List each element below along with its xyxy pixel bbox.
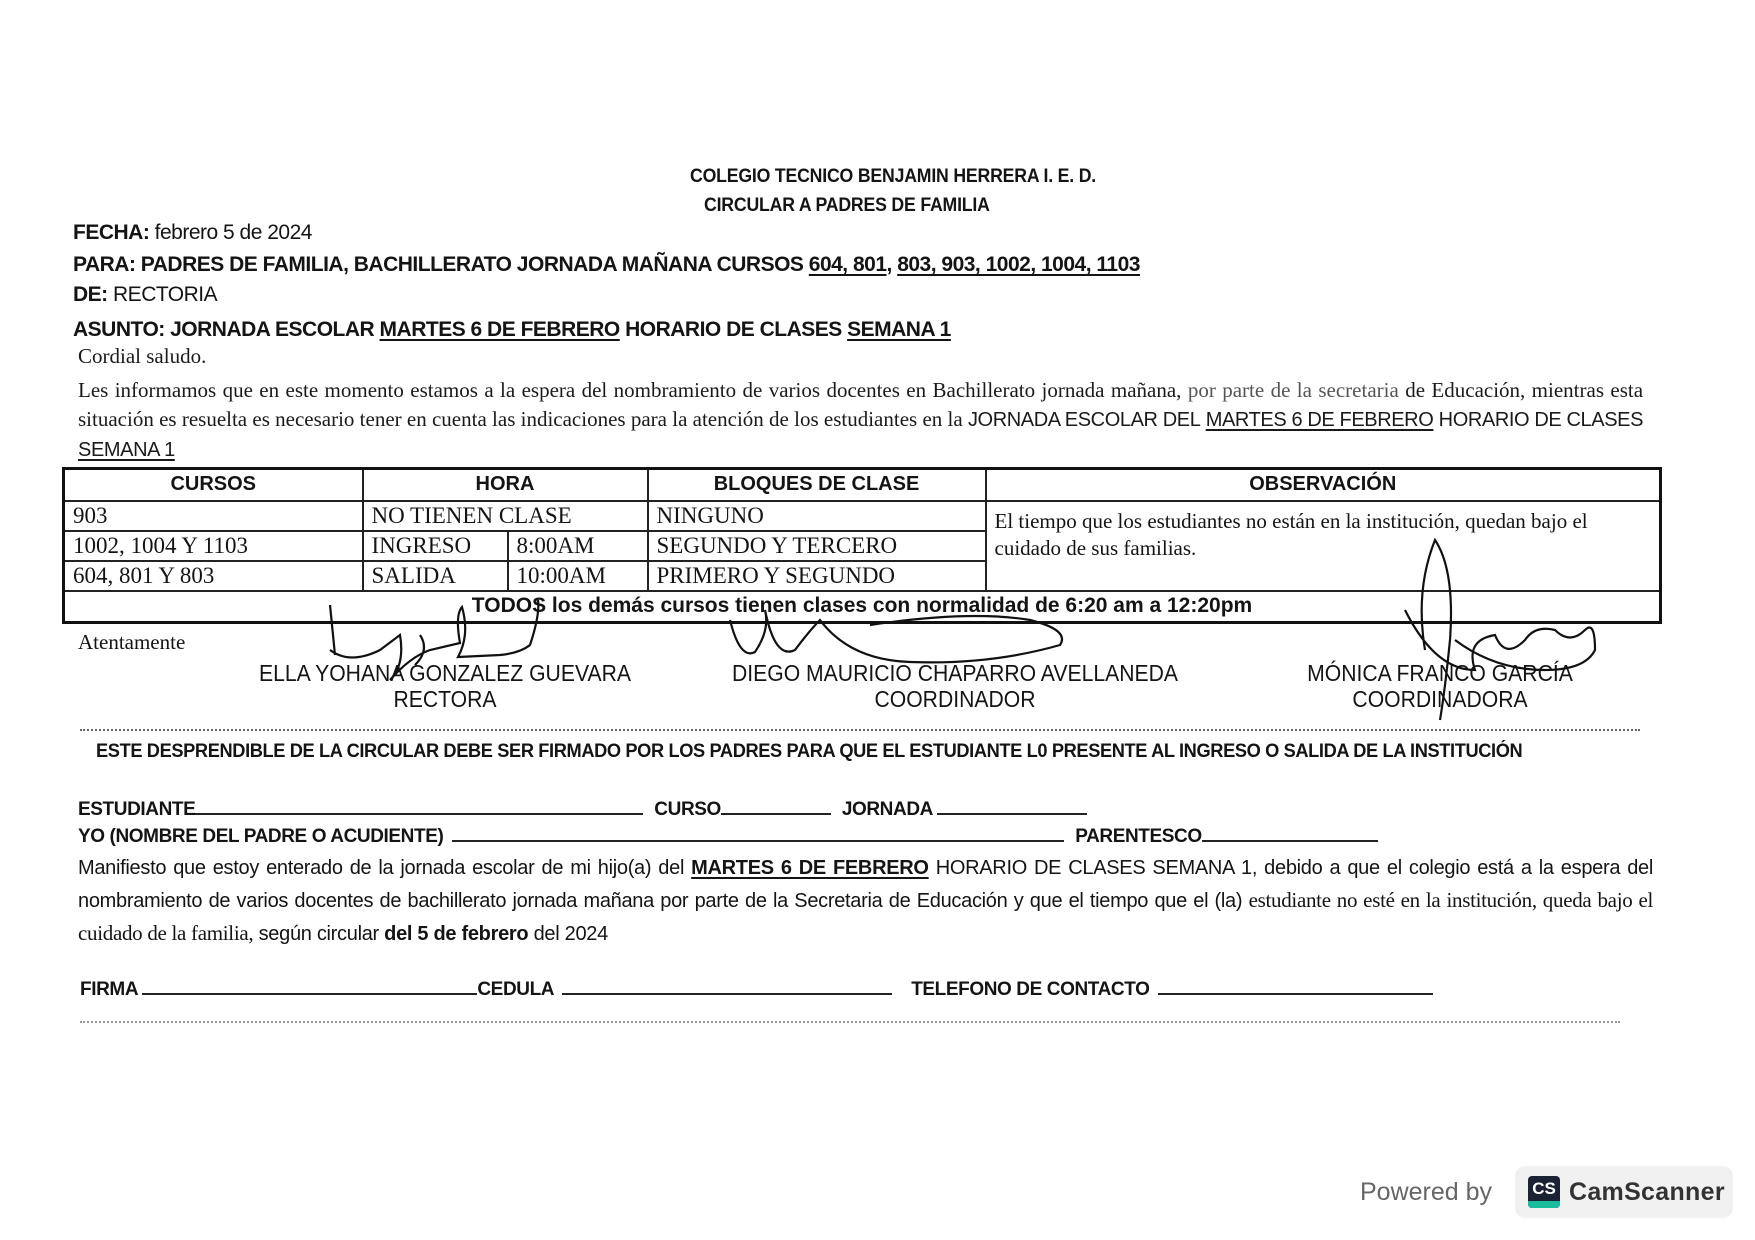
cell-bloques: SEGUNDO Y TERCERO xyxy=(648,531,986,561)
parentesco-label: PARENTESCO xyxy=(1075,826,1202,847)
cedula-field[interactable] xyxy=(562,977,892,995)
manifiesto-paragraph: Manifiesto que estoy enterado de la jorn… xyxy=(78,852,1653,950)
cell-bloques: PRIMERO Y SEGUNDO xyxy=(648,561,986,591)
signatory-name: MÓNICA FRANCO GARCÍA xyxy=(1293,660,1587,686)
header-bloques: BLOQUES DE CLASE xyxy=(648,469,986,501)
signatory-name: DIEGO MAURICIO CHAPARRO AVELLANEDA xyxy=(720,660,1189,686)
intro-horario: HORARIO DE CLASES xyxy=(1439,409,1643,431)
school-name: COLEGIO TECNICO BENJAMIN HERRERA I. E. D… xyxy=(690,166,1096,188)
intro-line-1-tail: por parte de la secretaria xyxy=(1188,378,1399,402)
jornada-label: JORNADA xyxy=(842,799,932,820)
fecha-value: febrero 5 de 2024 xyxy=(155,221,312,244)
cut-line-top xyxy=(80,729,1640,731)
estudiante-row: ESTUDIANTE CURSO JORNADA xyxy=(78,797,1087,821)
acudiente-row: YO (NOMBRE DEL PADRE O ACUDIENTE) PARENT… xyxy=(78,824,1378,848)
telefono-label: TELEFONO DE CONTACTO xyxy=(911,979,1149,1000)
cell-hora: INGRESO xyxy=(363,531,508,561)
cell-hora: SALIDA xyxy=(363,561,508,591)
parentesco-field[interactable] xyxy=(1202,824,1378,842)
signatory-role: COORDINADORA xyxy=(1293,686,1587,712)
signatory-role: COORDINADOR xyxy=(720,686,1189,712)
table-row: 903 NO TIENEN CLASE NINGUNO El tiempo qu… xyxy=(64,501,1661,531)
asunto-mid: HORARIO DE CLASES xyxy=(625,318,842,341)
cell-observacion: El tiempo que los estudiantes no están e… xyxy=(986,501,1661,591)
de-label: DE: xyxy=(73,283,108,306)
de-value: RECTORIA xyxy=(113,283,217,306)
estudiante-label: ESTUDIANTE xyxy=(78,799,195,820)
manifiesto-text-4: según circular xyxy=(259,923,379,945)
intro-week: SEMANA 1 xyxy=(78,439,175,461)
cell-cursos: 604, 801 Y 803 xyxy=(64,561,363,591)
cell-cursos: 903 xyxy=(64,501,363,531)
detachable-instruction: ESTE DESPRENDIBLE DE LA CIRCULAR DEBE SE… xyxy=(96,741,1522,763)
header-observacion: OBSERVACIÓN xyxy=(986,469,1661,501)
acudiente-field[interactable] xyxy=(452,824,1064,842)
camscanner-logo-icon: CS xyxy=(1528,1176,1560,1208)
fecha-label: FECHA: xyxy=(73,221,149,244)
all-courses-note: TODOS los demás cursos tienen clases con… xyxy=(64,591,1661,623)
firma-label: FIRMA xyxy=(80,979,137,1000)
cell-hora-time: 8:00AM xyxy=(508,531,648,561)
para-line: PARA: PADRES DE FAMILIA, BACHILLERATO JO… xyxy=(73,253,1140,277)
asunto-pre: JORNADA ESCOLAR xyxy=(170,318,374,341)
cell-cursos: 1002, 1004 Y 1103 xyxy=(64,531,363,561)
para-courses-b: 803, 903, 1002, 1004, 1103 xyxy=(897,253,1140,276)
de-line: DE: RECTORIA xyxy=(73,283,217,307)
firma-field[interactable] xyxy=(142,977,477,995)
jornada-field[interactable] xyxy=(937,797,1087,815)
cut-line-bottom xyxy=(80,1021,1620,1023)
cell-hora: NO TIENEN CLASE xyxy=(363,501,648,531)
manifiesto-text-1: Manifiesto que estoy enterado de la jorn… xyxy=(78,857,684,879)
camscanner-badge[interactable]: CS CamScanner xyxy=(1515,1166,1733,1218)
asunto-date: MARTES 6 DE FEBRERO xyxy=(380,318,620,341)
cell-hora-time: 10:00AM xyxy=(508,561,648,591)
manifiesto-bold-date: del 5 de febrero xyxy=(384,923,528,945)
signatory-role: RECTORA xyxy=(247,686,643,712)
para-value: PADRES DE FAMILIA, BACHILLERATO JORNADA … xyxy=(141,253,804,276)
acudiente-label: YO (NOMBRE DEL PADRE O ACUDIENTE) xyxy=(78,826,443,847)
closing: Atentamente xyxy=(78,630,185,655)
header-hora: HORA xyxy=(363,469,648,501)
para-courses-a: 604, 801 xyxy=(809,253,887,276)
curso-label: CURSO xyxy=(654,799,721,820)
cedula-label: CEDULA xyxy=(477,979,553,1000)
powered-by-label: Powered by xyxy=(1360,1178,1492,1207)
header-cursos: CURSOS xyxy=(64,469,363,501)
signatory-coordinador: DIEGO MAURICIO CHAPARRO AVELLANEDA COORD… xyxy=(720,660,1189,712)
intro-date: MARTES 6 DE FEBRERO xyxy=(1206,409,1434,431)
schedule-table: CURSOS HORA BLOQUES DE CLASE OBSERVACIÓN… xyxy=(62,467,1662,624)
asunto-week: SEMANA 1 xyxy=(847,318,951,341)
intro-paragraph: Les informamos que en este momento estam… xyxy=(78,376,1643,465)
manifiesto-date: MARTES 6 DE FEBRERO xyxy=(691,857,929,879)
cell-bloques: NINGUNO xyxy=(648,501,986,531)
para-label: PARA: xyxy=(73,253,135,276)
table-footer-row: TODOS los demás cursos tienen clases con… xyxy=(64,591,1661,623)
para-courses-sep: , xyxy=(887,253,898,276)
table-header-row: CURSOS HORA BLOQUES DE CLASE OBSERVACIÓN xyxy=(64,469,1661,501)
asunto-label: ASUNTO: xyxy=(73,318,165,341)
signatory-rectora: ELLA YOHANA GONZALEZ GUEVARA RECTORA xyxy=(247,660,643,712)
asunto-line: ASUNTO: JORNADA ESCOLAR MARTES 6 DE FEBR… xyxy=(73,318,951,342)
firma-row: FIRMA CEDULA TELEFONO DE CONTACTO xyxy=(80,977,1433,1001)
signatory-name: ELLA YOHANA GONZALEZ GUEVARA xyxy=(247,660,643,686)
intro-jornada: JORNADA ESCOLAR DEL xyxy=(968,409,1201,431)
intro-line-1: Les informamos que en este momento estam… xyxy=(78,378,1181,402)
estudiante-field[interactable] xyxy=(195,797,643,815)
curso-field[interactable] xyxy=(721,797,831,815)
signatory-coordinadora: MÓNICA FRANCO GARCÍA COORDINADORA xyxy=(1293,660,1587,712)
telefono-field[interactable] xyxy=(1158,977,1433,995)
circular-title: CIRCULAR A PADRES DE FAMILIA xyxy=(704,195,990,217)
greeting: Cordial saludo. xyxy=(78,342,1643,371)
fecha-line: FECHA: febrero 5 de 2024 xyxy=(73,221,312,245)
manifiesto-text-5: del 2024 xyxy=(534,923,608,945)
camscanner-brand: CamScanner xyxy=(1569,1178,1725,1207)
